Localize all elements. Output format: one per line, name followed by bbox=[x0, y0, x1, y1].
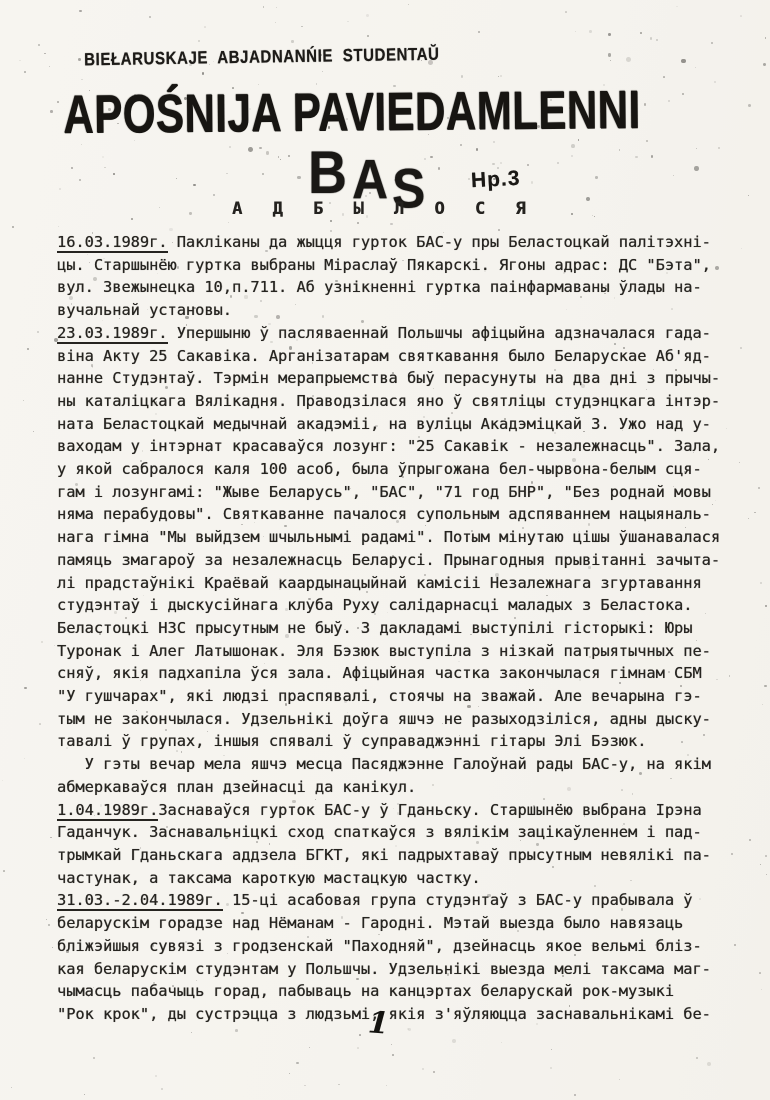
noise-speck bbox=[49, 66, 50, 67]
noise-speck bbox=[297, 176, 301, 180]
document-line: абмеркаваўся план дзейнасці да канікул. bbox=[57, 776, 737, 799]
noise-speck bbox=[758, 487, 759, 488]
noise-speck bbox=[259, 147, 262, 150]
noise-speck bbox=[557, 162, 559, 164]
noise-speck bbox=[460, 144, 462, 146]
line-text: Туронак і Алег Латышонак. Эля Бэзюк выст… bbox=[57, 642, 711, 660]
noise-speck bbox=[44, 53, 45, 54]
noise-speck bbox=[673, 175, 674, 176]
line-text: Упершыню ў пасляваеннай Польшчы афіцыйна… bbox=[168, 324, 711, 342]
noise-speck bbox=[748, 104, 751, 107]
bulletin-title: APOŚNIJA PAVIEDAMLENNI bbox=[63, 79, 641, 145]
line-text: беларускім горадзе над Нёманам - Гародні… bbox=[57, 914, 683, 932]
noise-speck bbox=[359, 1034, 361, 1036]
noise-speck bbox=[93, 1057, 95, 1059]
document-line: ната Беластоцкай медычнай акадэміі, на в… bbox=[57, 413, 737, 436]
noise-speck bbox=[651, 155, 653, 157]
noise-speck bbox=[574, 1094, 576, 1096]
document-line: бліжэйшыя сувязі з гродзенскай "Паходняй… bbox=[57, 935, 737, 958]
line-text: ны каталіцкага Вялікадня. Праводзілася я… bbox=[57, 392, 720, 410]
document-line: ны каталіцкага Вялікадня. Праводзілася я… bbox=[57, 390, 737, 413]
noise-speck bbox=[58, 226, 60, 228]
noise-speck bbox=[38, 44, 40, 46]
document-line: тавалі ў групах, іншыя спявалі ў суправа… bbox=[57, 730, 737, 753]
noise-speck bbox=[19, 60, 21, 62]
handwritten-page-number: 1 bbox=[367, 1005, 390, 1041]
noise-speck bbox=[646, 140, 648, 142]
noise-speck bbox=[322, 71, 323, 72]
document-line: "У гушчарах", які людзі праспявалі, стоя… bbox=[57, 685, 737, 708]
noise-speck bbox=[338, 1084, 339, 1085]
noise-speck bbox=[461, 75, 463, 77]
noise-speck bbox=[278, 156, 279, 157]
noise-speck bbox=[280, 159, 281, 160]
noise-speck bbox=[492, 163, 494, 165]
noise-speck bbox=[12, 226, 14, 228]
document-line: памяць змагароў за незалежнасць Беларусі… bbox=[57, 549, 737, 572]
noise-speck bbox=[79, 179, 81, 181]
noise-speck bbox=[213, 194, 216, 197]
noise-speck bbox=[575, 31, 576, 32]
noise-speck bbox=[11, 1087, 12, 1088]
noise-speck bbox=[52, 947, 53, 948]
noise-speck bbox=[24, 71, 26, 73]
document-line: кая беларускім студэнтам у Польшчы. Удзе… bbox=[57, 958, 737, 981]
document-line: нанне Студэнтаў. Тэрмін мерапрыемства бы… bbox=[57, 367, 737, 390]
noise-speck bbox=[500, 162, 502, 164]
noise-speck bbox=[668, 100, 670, 102]
noise-speck bbox=[663, 76, 665, 78]
noise-speck bbox=[430, 156, 432, 158]
noise-speck bbox=[589, 30, 592, 33]
noise-speck bbox=[640, 32, 642, 34]
noise-speck bbox=[754, 512, 755, 513]
noise-speck bbox=[718, 147, 720, 149]
noise-speck bbox=[357, 222, 359, 224]
line-text: вучальнай установы. bbox=[57, 301, 232, 319]
noise-speck bbox=[571, 144, 575, 148]
noise-speck bbox=[24, 758, 25, 759]
noise-speck bbox=[228, 222, 229, 223]
event-date: 23.03.1989г. bbox=[57, 324, 168, 344]
document-line: сняў, якія падхапіла ўся зала. Афіцыйная… bbox=[57, 662, 737, 685]
noise-speck bbox=[41, 641, 43, 643]
noise-speck bbox=[608, 53, 611, 56]
noise-speck bbox=[438, 167, 440, 169]
noise-speck bbox=[748, 518, 749, 519]
document-line: Туронак і Алег Латышонак. Эля Бэзюк выст… bbox=[57, 640, 737, 663]
noise-speck bbox=[3, 870, 5, 872]
issue-number: Нр.3 bbox=[470, 167, 521, 194]
noise-speck bbox=[610, 60, 611, 61]
noise-speck bbox=[498, 76, 499, 77]
line-text: лі прадстаўнікі Краёвай каардынацыйнай к… bbox=[57, 574, 702, 592]
noise-speck bbox=[301, 26, 302, 27]
noise-speck bbox=[102, 156, 104, 158]
noise-speck bbox=[707, 1062, 711, 1066]
noise-speck bbox=[275, 22, 276, 23]
noise-speck bbox=[288, 155, 291, 158]
line-text: вул. Звежынецка 10,п.711. Аб узнікненні … bbox=[57, 278, 702, 296]
document-line: 23.03.1989г. Упершыню ў пасляваеннай Пол… bbox=[57, 322, 737, 345]
noise-speck bbox=[229, 146, 231, 148]
line-text: няма перабудовы". Святкаванне пачалося с… bbox=[57, 505, 711, 523]
event-date: 1.04.1989г. bbox=[57, 801, 158, 821]
noise-speck bbox=[592, 215, 593, 216]
document-line: у якой сабралося каля 100 асоб, была ўпр… bbox=[57, 458, 737, 481]
organization-name: BIEŁARUSKAJE ABJADNANŃIE STUDENTAŬ bbox=[84, 44, 440, 70]
noise-speck bbox=[2, 780, 3, 781]
line-text: нанне Студэнтаў. Тэрмін мерапрыемства бы… bbox=[57, 369, 720, 387]
noise-speck bbox=[696, 148, 697, 149]
noise-speck bbox=[765, 605, 766, 606]
line-text: віна Акту 25 Сакавіка. Арганізатарам свя… bbox=[57, 347, 711, 365]
document-line: беларускім горадзе над Нёманам - Гародні… bbox=[57, 912, 737, 935]
noise-speck bbox=[765, 37, 767, 39]
line-text: бліжэйшыя сувязі з гродзенскай "Паходняй… bbox=[57, 937, 702, 955]
document-line: студэнтаў і дыскусійнага клуба Руху салі… bbox=[57, 594, 737, 617]
noise-speck bbox=[50, 837, 51, 838]
noise-speck bbox=[276, 7, 277, 8]
line-text: тым не закончылася. Удзельнікі доўга яшч… bbox=[57, 710, 711, 728]
document-line: Беластоцкі НЗС прысутным не быў. З дакла… bbox=[57, 617, 737, 640]
noise-speck bbox=[619, 1079, 620, 1080]
line-text: Заснаваўся гурток БАС-у ў Гданьску. Стар… bbox=[158, 801, 701, 819]
noise-speck bbox=[476, 148, 478, 150]
noise-speck bbox=[390, 223, 392, 225]
noise-speck bbox=[761, 989, 762, 990]
noise-speck bbox=[571, 213, 574, 216]
noise-speck bbox=[500, 75, 502, 77]
noise-speck bbox=[740, 15, 742, 17]
line-text: сняў, якія падхапіла ўся зала. Афіцыйная… bbox=[57, 664, 702, 682]
acronym-letter-b: B bbox=[308, 138, 347, 207]
line-text: частунак, а таксама кароткую мастацкую ч… bbox=[57, 869, 481, 887]
noise-speck bbox=[741, 248, 742, 249]
noise-speck bbox=[696, 1057, 697, 1058]
noise-speck bbox=[468, 178, 470, 180]
scanned-page: BIEŁARUSKAJE ABJADNANŃIE STUDENTAŬ APOŚN… bbox=[0, 0, 770, 1100]
noise-speck bbox=[193, 184, 195, 186]
noise-speck bbox=[291, 40, 293, 42]
noise-speck bbox=[760, 582, 762, 584]
noise-speck bbox=[422, 1068, 424, 1070]
noise-speck bbox=[608, 33, 611, 36]
line-text: У гэты вечар мела яшчэ месца Пасяджэнне … bbox=[57, 755, 711, 773]
noise-speck bbox=[309, 1047, 310, 1048]
noise-speck bbox=[248, 147, 253, 152]
document-line: няма перабудовы". Святкаванне пачалося с… bbox=[57, 503, 737, 526]
line-text: Гаданчук. Заснавальніцкі сход спаткаўся … bbox=[57, 823, 702, 841]
noise-speck bbox=[694, 166, 699, 171]
line-text: Беластоцкі НЗС прысутным не быў. З дакла… bbox=[57, 619, 692, 637]
noise-speck bbox=[79, 10, 81, 12]
noise-speck bbox=[527, 164, 529, 166]
noise-speck bbox=[330, 220, 332, 222]
noise-speck bbox=[392, 1054, 394, 1056]
noise-speck bbox=[656, 39, 658, 41]
noise-speck bbox=[262, 173, 264, 175]
noise-speck bbox=[84, 1094, 85, 1095]
noise-speck bbox=[113, 173, 115, 175]
noise-speck bbox=[289, 1073, 290, 1074]
noise-speck bbox=[104, 167, 105, 168]
noise-speck bbox=[760, 864, 761, 865]
document-line: чымасць пабачыць горад, пабываць на канц… bbox=[57, 980, 737, 1003]
line-text: тавалі ў групах, іншыя спявалі ў суправа… bbox=[57, 732, 646, 750]
noise-speck bbox=[766, 874, 767, 875]
line-text: чымасць пабачыць горад, пабываць на канц… bbox=[57, 982, 674, 1000]
noise-speck bbox=[204, 26, 206, 28]
noise-speck bbox=[433, 1071, 435, 1073]
noise-speck bbox=[263, 6, 265, 8]
line-text: ваходам у інтэрнат красаваўся лозунг: "2… bbox=[57, 437, 720, 455]
document-line: вучальнай установы. bbox=[57, 299, 737, 322]
document-line: вул. Звежынецка 10,п.711. Аб узнікненні … bbox=[57, 276, 737, 299]
noise-speck bbox=[161, 1088, 163, 1090]
line-text: цы. Старшынёю гуртка выбраны Міраслаў Пя… bbox=[57, 256, 711, 274]
line-text: 15-ці асабовая група студэнтаў з БАС-у п… bbox=[223, 891, 693, 909]
noise-speck bbox=[33, 431, 34, 432]
noise-speck bbox=[586, 197, 590, 201]
noise-speck bbox=[550, 1067, 552, 1069]
noise-speck bbox=[626, 57, 631, 62]
noise-speck bbox=[391, 1044, 392, 1045]
noise-speck bbox=[48, 924, 50, 926]
noise-speck bbox=[682, 93, 684, 95]
event-date: 31.03.-2.04.1989г. bbox=[57, 891, 223, 911]
noise-speck bbox=[23, 400, 24, 401]
noise-speck bbox=[407, 1028, 409, 1030]
noise-speck bbox=[739, 462, 740, 463]
noise-speck bbox=[266, 151, 270, 155]
document-line: ваходам у інтэрнат красаваўся лозунг: "2… bbox=[57, 435, 737, 458]
noise-speck bbox=[478, 31, 480, 33]
noise-speck bbox=[681, 59, 686, 64]
noise-speck bbox=[189, 212, 191, 214]
noise-speck bbox=[149, 16, 151, 18]
noise-speck bbox=[81, 79, 83, 81]
line-text: у якой сабралося каля 100 асоб, была ўпр… bbox=[57, 460, 702, 478]
noise-speck bbox=[71, 167, 73, 169]
document-line: гам і лозунгамі: "Жыве Беларусь", "БАС",… bbox=[57, 481, 737, 504]
noise-speck bbox=[619, 149, 620, 150]
noise-speck bbox=[347, 21, 349, 23]
noise-speck bbox=[650, 37, 653, 40]
document-line: 31.03.-2.04.1989г. 15-ці асабовая група … bbox=[57, 889, 737, 912]
noise-speck bbox=[386, 1085, 387, 1086]
noise-speck bbox=[191, 1032, 192, 1033]
document-line: 16.03.1989г. Пакліканы да жыцця гурток Б… bbox=[57, 231, 737, 254]
noise-speck bbox=[714, 81, 716, 83]
noise-speck bbox=[635, 156, 637, 158]
noise-speck bbox=[24, 687, 26, 689]
document-body: 16.03.1989г. Пакліканы да жыцця гурток Б… bbox=[57, 231, 737, 1026]
noise-speck bbox=[551, 1049, 552, 1050]
noise-speck bbox=[749, 839, 751, 841]
document-line: Гаданчук. Заснавальніцкі сход спаткаўся … bbox=[57, 821, 737, 844]
noise-speck bbox=[594, 216, 595, 217]
noise-speck bbox=[59, 188, 61, 190]
line-text: кая беларускім студэнтам у Польшчы. Удзе… bbox=[57, 960, 711, 978]
noise-speck bbox=[198, 40, 200, 42]
noise-speck bbox=[46, 919, 47, 920]
noise-speck bbox=[39, 723, 41, 725]
noise-speck bbox=[765, 855, 767, 857]
noise-speck bbox=[27, 348, 29, 350]
document-line: цы. Старшынёю гуртка выбраны Міраслаў Пя… bbox=[57, 254, 737, 277]
line-text: трымкай Гданьскага аддзела БГКТ, які пад… bbox=[57, 846, 711, 864]
line-text: ната Беластоцкай медычнай акадэміі, на в… bbox=[57, 415, 711, 433]
noise-speck bbox=[759, 972, 761, 974]
noise-speck bbox=[531, 181, 533, 183]
noise-speck bbox=[357, 1047, 359, 1049]
noise-speck bbox=[748, 195, 749, 196]
document-line: У гэты вечар мела яшчэ месца Пасяджэнне … bbox=[57, 753, 737, 776]
document-line: віна Акту 25 Сакавіка. Арганізатарам свя… bbox=[57, 345, 737, 368]
document-line: трымкай Гданьскага аддзела БГКТ, які пад… bbox=[57, 844, 737, 867]
noise-speck bbox=[740, 347, 742, 349]
document-line: частунак, а таксама кароткую мастацкую ч… bbox=[57, 867, 737, 890]
noise-speck bbox=[762, 704, 763, 705]
noise-speck bbox=[296, 1062, 298, 1064]
noise-speck bbox=[202, 72, 205, 75]
line-text: абмеркаваўся план дзейнасці да канікул. bbox=[57, 778, 416, 796]
line-text: Пакліканы да жыцця гурток БАС-у пры Бела… bbox=[168, 233, 711, 251]
noise-speck bbox=[57, 101, 59, 103]
noise-speck bbox=[676, 6, 678, 8]
noise-speck bbox=[37, 331, 39, 333]
noise-speck bbox=[565, 11, 567, 13]
noise-speck bbox=[78, 58, 81, 61]
noise-speck bbox=[408, 4, 409, 5]
line-text: "У гушчарах", які людзі праспявалі, стоя… bbox=[57, 687, 702, 705]
line-text: студэнтаў і дыскусійнага клуба Руху салі… bbox=[57, 596, 692, 614]
noise-speck bbox=[367, 35, 369, 37]
noise-speck bbox=[452, 1039, 456, 1043]
noise-speck bbox=[159, 207, 160, 208]
document-line: нага гімна "Мы выйдзем шчыльнымі радамі"… bbox=[57, 526, 737, 549]
line-text: нага гімна "Мы выйдзем шчыльнымі радамі"… bbox=[57, 528, 720, 546]
noise-speck bbox=[644, 103, 646, 105]
noise-speck bbox=[501, 1042, 502, 1043]
noise-speck bbox=[131, 218, 133, 220]
document-line: "Рок крок", ды сустрэцца з людзьмі, якія… bbox=[57, 1003, 737, 1026]
noise-speck bbox=[711, 42, 713, 44]
noise-speck bbox=[226, 173, 227, 174]
noise-speck bbox=[50, 110, 53, 113]
noise-speck bbox=[155, 1075, 157, 1077]
noise-speck bbox=[571, 155, 573, 157]
document-line: лі прадстаўнікі Краёвай каардынацыйнай к… bbox=[57, 572, 737, 595]
noise-speck bbox=[408, 1028, 411, 1031]
noise-speck bbox=[595, 176, 598, 179]
noise-speck bbox=[695, 67, 696, 68]
document-line: тым не закончылася. Удзельнікі доўга яшч… bbox=[57, 708, 737, 731]
noise-speck bbox=[304, 1085, 306, 1087]
document-line: 1.04.1989г.Заснаваўся гурток БАС-у ў Гда… bbox=[57, 799, 737, 822]
noise-speck bbox=[176, 178, 177, 179]
noise-speck bbox=[366, 14, 369, 17]
section-heading: А Д Б Ы Л О С Я bbox=[232, 199, 536, 219]
noise-speck bbox=[235, 1029, 238, 1032]
noise-speck bbox=[54, 645, 55, 646]
event-date: 16.03.1989г. bbox=[57, 233, 168, 253]
noise-speck bbox=[764, 685, 766, 687]
line-text: гам і лозунгамі: "Жыве Беларусь", "БАС",… bbox=[57, 483, 711, 501]
noise-speck bbox=[763, 63, 766, 66]
line-text: памяць змагароў за незалежнасць Беларусі… bbox=[57, 551, 720, 569]
